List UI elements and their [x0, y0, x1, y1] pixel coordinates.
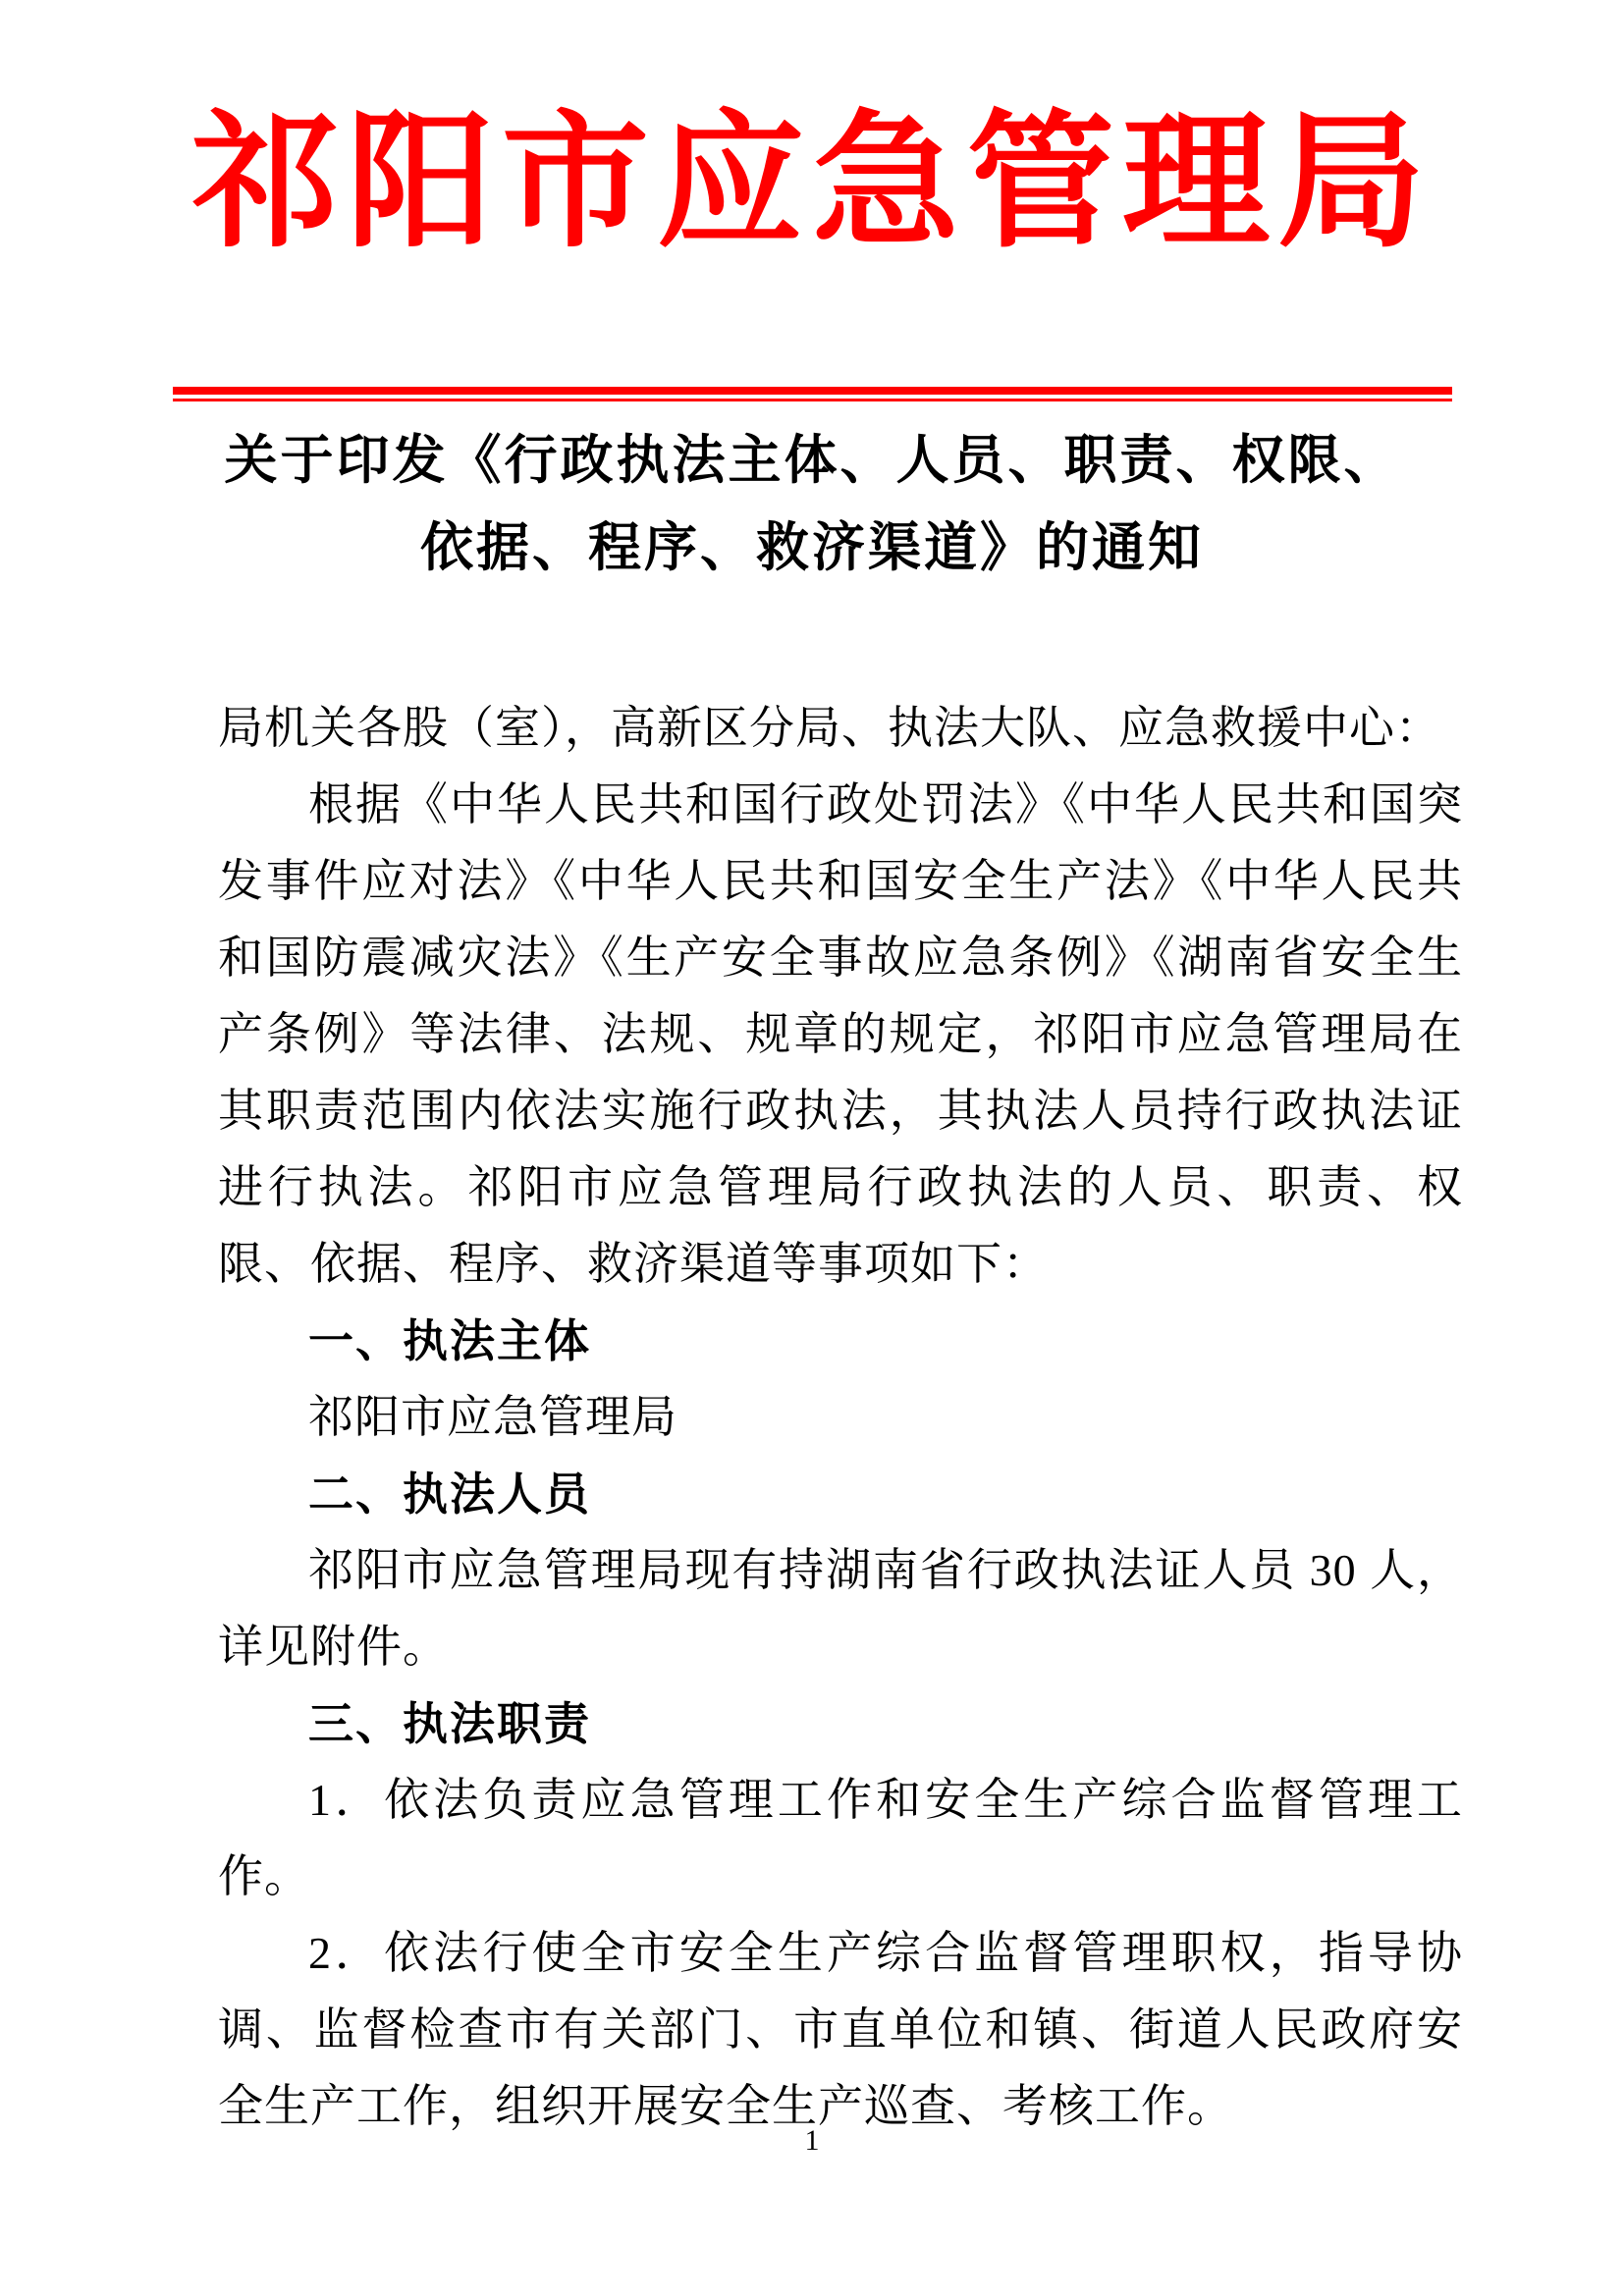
letterhead-divider — [173, 387, 1452, 401]
section-paragraph: 1．依法负责应急管理工作和安全生产综合监督管理工作。 — [218, 1762, 1463, 1915]
letterhead-divider-thin-line — [173, 399, 1452, 401]
document-title-line-2: 依据、程序、救济渠道》的通知 — [0, 505, 1624, 592]
section-heading-law-enforcement-personnel: 二、执法人员 — [218, 1456, 1463, 1532]
page-number: 1 — [0, 2122, 1624, 2160]
section-paragraph: 祁阳市应急管理局现有持湖南省行政执法证人员 30 人，详见附件。 — [218, 1532, 1463, 1685]
intro-paragraph: 根据《中华人民共和国行政处罚法》《中华人民共和国突发事件应对法》《中华人民共和国… — [218, 767, 1463, 1303]
document-body: 局机关各股（室），高新区分局、执法大队、应急救援中心： 根据《中华人民共和国行政… — [218, 690, 1463, 2145]
section-heading-law-enforcement-duties: 三、执法职责 — [218, 1685, 1463, 1762]
section-heading-law-enforcement-subject: 一、执法主体 — [218, 1303, 1463, 1379]
letterhead-divider-thick-line — [173, 387, 1452, 395]
section-paragraph: 2．依法行使全市安全生产综合监督管理职权，指导协调、监督检查市有关部门、市直单位… — [218, 1915, 1463, 2145]
agency-letterhead: 祁阳市应急管理局 — [0, 0, 1624, 263]
document-title: 关于印发《行政执法主体、人员、职责、权限、 依据、程序、救济渠道》的通知 — [0, 417, 1624, 592]
document-page: 祁阳市应急管理局 关于印发《行政执法主体、人员、职责、权限、 依据、程序、救济渠… — [0, 0, 1624, 2296]
salutation-line: 局机关各股（室），高新区分局、执法大队、应急救援中心： — [218, 690, 1463, 767]
document-title-line-1: 关于印发《行政执法主体、人员、职责、权限、 — [0, 417, 1624, 505]
section-paragraph: 祁阳市应急管理局 — [218, 1379, 1463, 1456]
